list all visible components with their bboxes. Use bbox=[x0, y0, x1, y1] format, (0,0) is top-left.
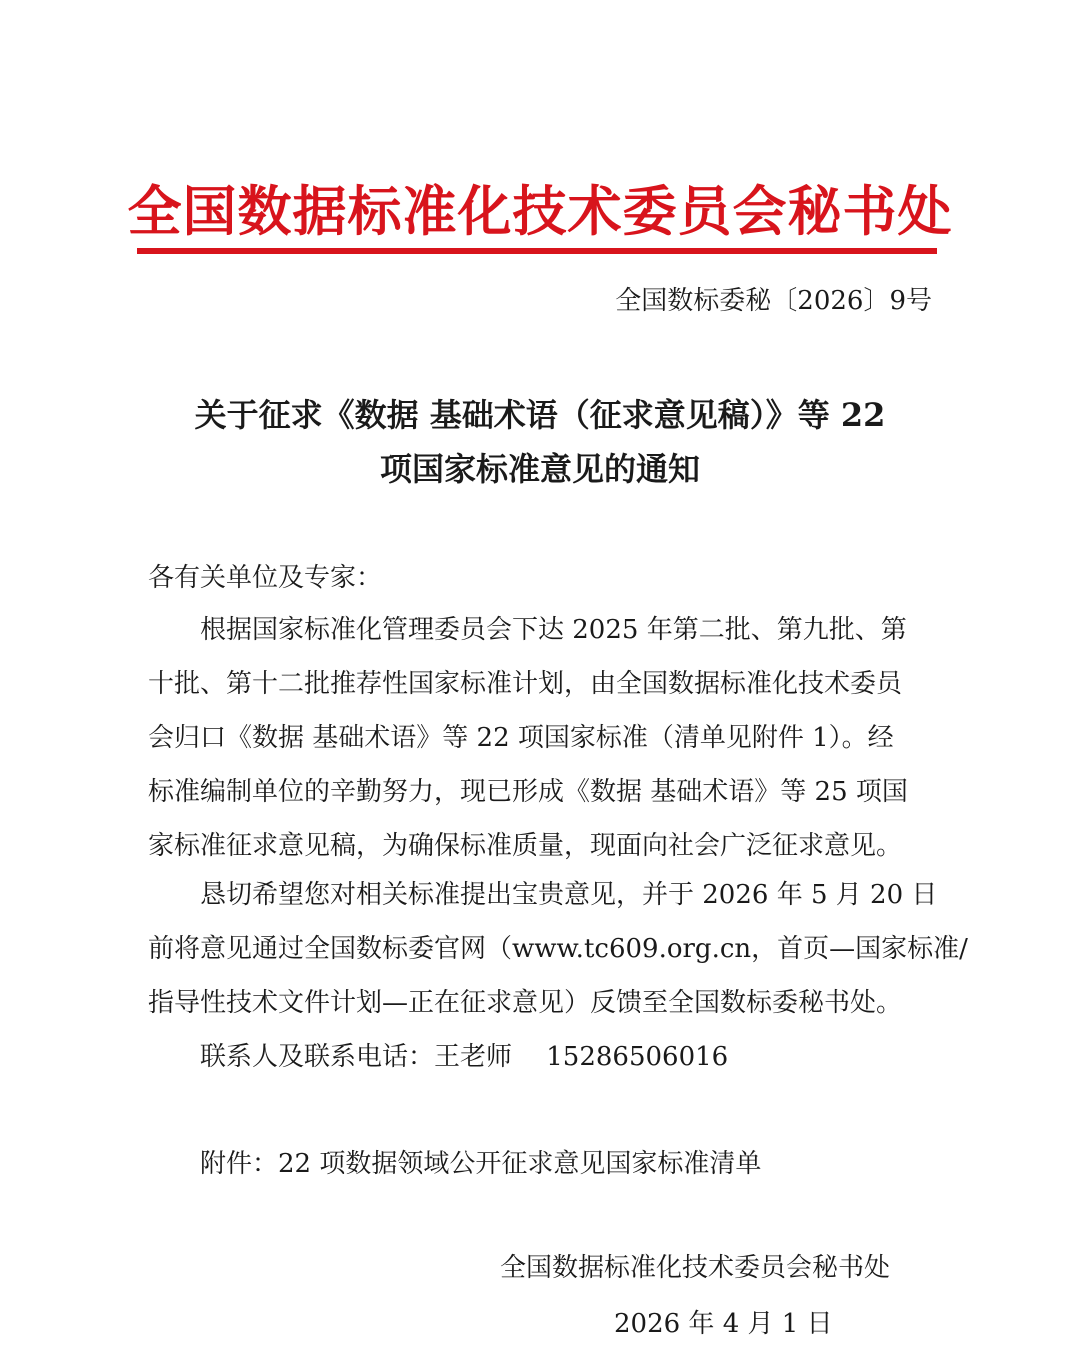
paragraph-1-line: 根据国家标准化管理委员会下达 2025 年第二批、第九批、第 bbox=[148, 612, 907, 648]
paragraph-1-line: 会归口《数据 基础术语》等 22 项国家标准（清单见附件 1）。经 bbox=[148, 720, 894, 756]
attachment-note: 附件：22 项数据领域公开征求意见国家标准清单 bbox=[148, 1146, 761, 1182]
document-title-line-2: 项国家标准意见的通知 bbox=[0, 442, 1080, 496]
masthead-org-name: 全国数据标准化技术委员会秘书处 bbox=[0, 180, 1080, 244]
paragraph-2-line: 恳切希望您对相关标准提出宝贵意见，并于 2026 年 5 月 20 日 bbox=[148, 877, 937, 913]
contact-info: 联系人及联系电话：王老师 15286506016 bbox=[148, 1039, 728, 1075]
document-title-line-1: 关于征求《数据 基础术语（征求意见稿）》等 22 bbox=[0, 388, 1080, 442]
paragraph-2-line: 指导性技术文件计划—正在征求意见）反馈至全国数标委秘书处。 bbox=[148, 985, 902, 1021]
paragraph-1-line: 标准编制单位的辛勤努力，现已形成《数据 基础术语》等 25 项国 bbox=[148, 774, 908, 810]
salutation: 各有关单位及专家： bbox=[148, 560, 382, 596]
paragraph-2-line: 前将意见通过全国数标委官网（www.tc609.org.cn，首页—国家标准/ bbox=[148, 931, 968, 967]
paragraph-1-line: 十批、第十二批推荐性国家标准计划，由全国数据标准化技术委员 bbox=[148, 666, 902, 702]
signature-date: 2026 年 4 月 1 日 bbox=[614, 1306, 833, 1342]
masthead-red-divider bbox=[137, 248, 937, 254]
signature-org: 全国数据标准化技术委员会秘书处 bbox=[500, 1250, 890, 1286]
paragraph-1-line: 家标准征求意见稿，为确保标准质量，现面向社会广泛征求意见。 bbox=[148, 828, 902, 864]
document-number: 全国数标委秘〔2026〕9号 bbox=[615, 283, 932, 319]
